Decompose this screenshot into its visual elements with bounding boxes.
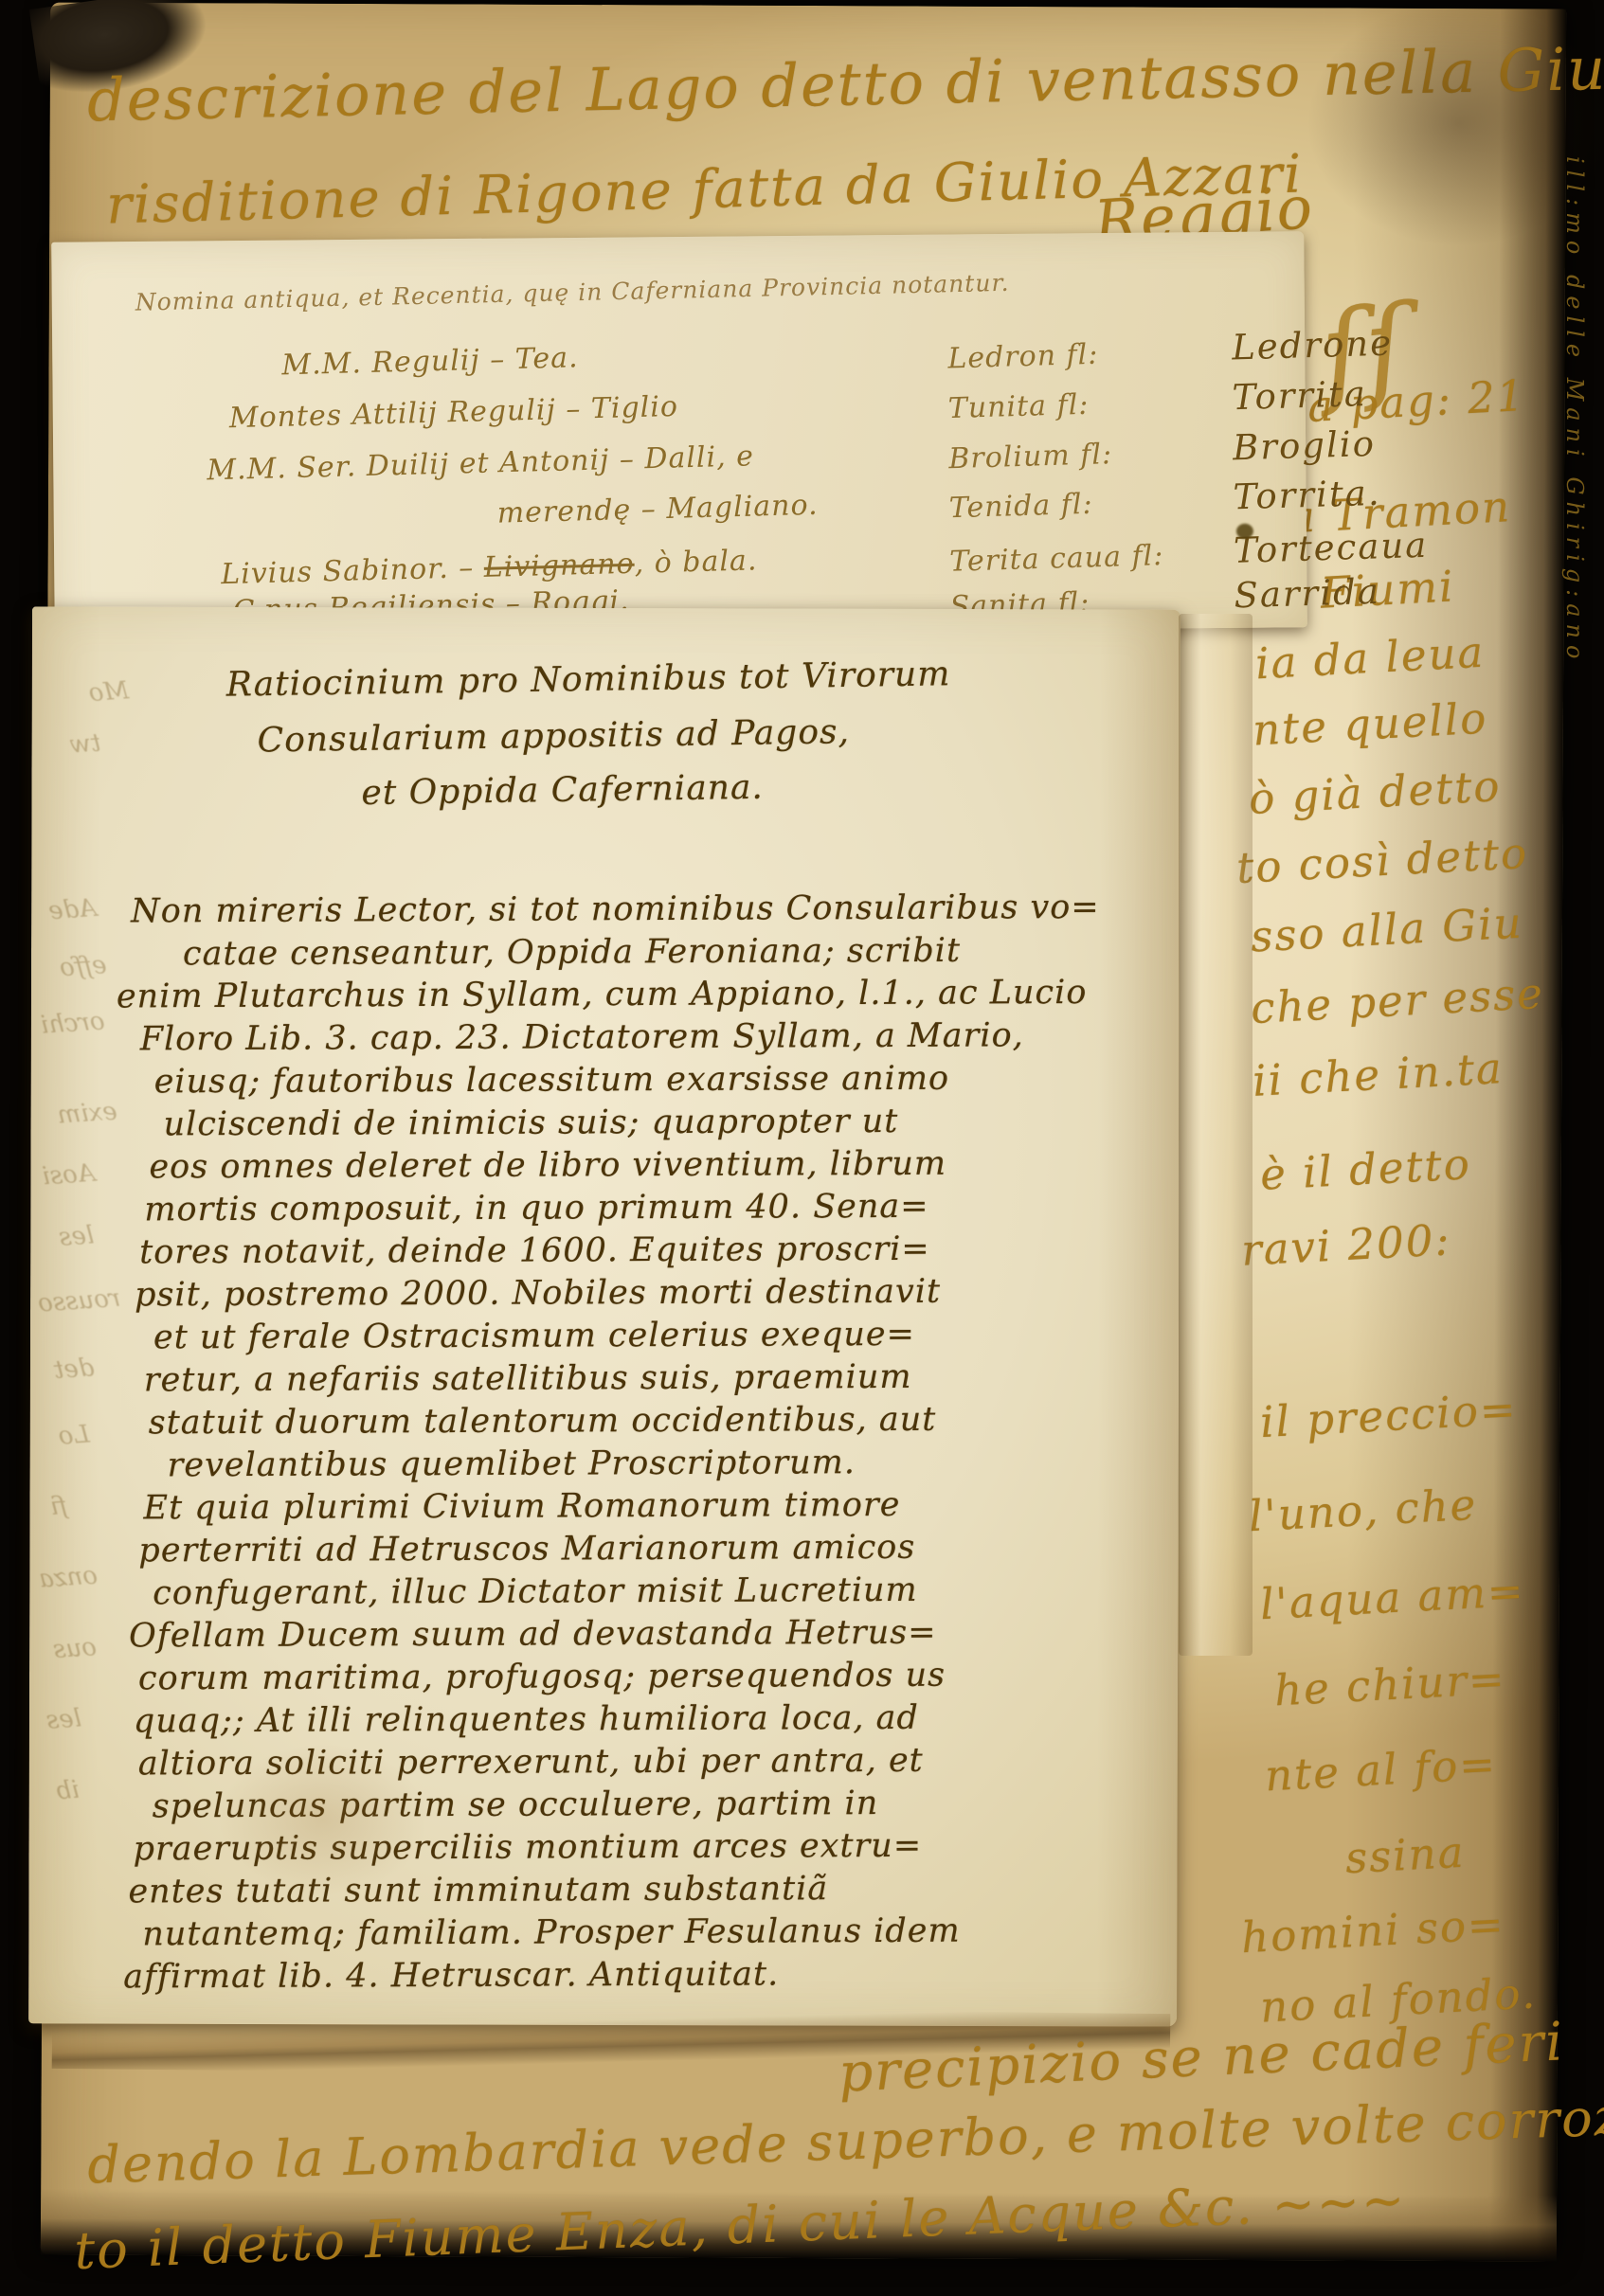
- manuscript-photo: descrizione del Lago detto di ventasso n…: [0, 0, 1604, 2296]
- river-label: Tunita fl:: [947, 384, 1233, 425]
- river-value: Sarrida: [1234, 571, 1381, 617]
- body-line: enim Plutarchus in Syllam, cum Appiano, …: [117, 972, 1144, 1019]
- names-row-pre: Livius Sabinor. –: [221, 551, 484, 591]
- body-line: Non mireris Lector, si tot nominibus Con…: [131, 887, 1144, 934]
- river-value: Torrita: [1232, 373, 1367, 418]
- body-line: psit, postremo 2000. Nobiles morti desti…: [135, 1270, 1144, 1318]
- river-value: Tortecaua: [1233, 525, 1428, 571]
- paper-fold-strip: [1179, 614, 1253, 1656]
- river-label: Terita caua fl:: [949, 537, 1235, 579]
- body-line: eiusq; fautoribus lacessitum exarsisse a…: [154, 1057, 1144, 1104]
- river-label: Ledron fl:: [947, 334, 1233, 376]
- body-line: confugerant, illuc Dictator misit Lucret…: [153, 1569, 1143, 1616]
- body-line: tores notavit, deinde 1600. Equites pros…: [139, 1228, 1144, 1275]
- body-line: Floro Lib. 3. cap. 23. Dictatorem Syllam…: [140, 1014, 1144, 1062]
- bleedthrough-fragment: orchi: [40, 1007, 106, 1039]
- bleedthrough-fragment: effo: [59, 951, 107, 982]
- body-text: Non mireris Lector, si tot nominibus Con…: [128, 888, 1144, 1999]
- body-line: catae censeantur, Oppida Feroniana; scri…: [183, 929, 1144, 976]
- body-line: retur, a nefariis satellitibus suis, pra…: [144, 1355, 1144, 1403]
- body-line: altiora soliciti perrexerunt, ubi per an…: [138, 1739, 1143, 1786]
- names-row: merendę – Magliano.: [496, 489, 819, 530]
- river-row: Tunita fl:Torrita: [947, 373, 1367, 426]
- ratio-heading-line: Ratiocinium pro Nominibus tot Virorum: [225, 655, 950, 704]
- bleedthrough-fragment: ib: [55, 1776, 81, 1806]
- bleedthrough-fragment: Lo: [58, 1420, 91, 1450]
- bleedthrough-fragment: rousso: [37, 1284, 121, 1318]
- body-line: eos omnes deleret de libro viventium, li…: [149, 1142, 1144, 1190]
- body-line: affirmat lib. 4. Hetruscar. Antiquitat.: [123, 1952, 1142, 2000]
- ratio-heading-line: Consularium appositis ad Pagos,: [257, 712, 850, 760]
- river-value: Ledrone: [1232, 323, 1394, 368]
- body-line: ulciscendi de inimicis suis; quapropter …: [163, 1100, 1144, 1147]
- names-slip-header: Nomina antiqua, et Recentia, quę in Cafe…: [135, 265, 1177, 316]
- bleedthrough-fragment: les: [58, 1221, 95, 1251]
- ink-blot: [1236, 524, 1253, 539]
- bleedthrough-fragment: tw: [69, 728, 102, 759]
- river-value: Broglio: [1232, 423, 1376, 468]
- bleedthrough-fragment: Aosi: [41, 1159, 96, 1192]
- body-line: Ofellam Ducem suum ad devastanda Hetrus=: [129, 1611, 1143, 1659]
- names-row: M.M. Regulij – Tea.: [281, 341, 579, 382]
- body-line: statuit duorum talentorum occidentibus, …: [149, 1398, 1144, 1445]
- names-row-post: , ò bala.: [634, 544, 758, 580]
- struck-text: Livignano: [483, 547, 635, 584]
- right-margin-fragment: ssina: [1344, 1827, 1467, 1884]
- body-line: praeruptis superciliis montium arces ext…: [133, 1824, 1142, 1872]
- river-label: Tenida fl:: [948, 483, 1234, 525]
- ratio-slip: Ratiocinium pro Nominibus tot Virorum Co…: [28, 606, 1180, 2026]
- river-value: Torrita.: [1233, 473, 1381, 518]
- body-line: corum maritima, profugosq; persequendos …: [138, 1654, 1143, 1701]
- ratio-heading-line: et Oppida Caferniana.: [361, 768, 764, 813]
- names-slip: Nomina antiqua, et Recentia, quę in Cafe…: [51, 231, 1307, 638]
- body-line: entes tutati sunt imminutam substantiã: [128, 1867, 1142, 1914]
- bleedthrough-fragment: exim: [57, 1097, 118, 1129]
- body-line: revelantibus quemlibet Proscriptorum.: [167, 1441, 1143, 1487]
- river-label: Brolium fl:: [948, 434, 1234, 475]
- body-line: nutantemq; familiam. Prosper Fesulanus i…: [142, 1910, 1142, 1957]
- body-line: et ut ferale Ostracismum celerius exeque…: [153, 1313, 1144, 1360]
- body-line: quaq;; At illi relinquentes humiliora lo…: [134, 1696, 1143, 1744]
- bleedthrough-fragment: Ade: [47, 894, 98, 925]
- bleedthrough-fragment: les: [45, 1704, 82, 1734]
- bleedthrough-fragment: Mo: [88, 676, 130, 708]
- body-line: perterriti ad Hetruscos Marianorum amico…: [138, 1526, 1143, 1573]
- bleedthrough-fragment: fi: [49, 1492, 67, 1521]
- bleedthrough-fragment: ous: [52, 1633, 98, 1664]
- vertical-annotation: ill:mo delle Mani Ghirig:ano: [1561, 156, 1588, 665]
- names-row-struck: Livius Sabinor. – Livignano, ò bala.: [221, 544, 758, 591]
- body-line: mortis composuit, in quo primum 40. Sena…: [144, 1185, 1144, 1232]
- body-line: Et quia plurimi Civium Romanorum timore: [143, 1483, 1143, 1531]
- names-row: Montes Attilij Regulij – Tiglio: [228, 390, 678, 435]
- names-row: M.M. Ser. Duilij et Antonij – Dalli, e: [207, 439, 754, 487]
- bleedthrough-fragment: onza: [38, 1561, 98, 1593]
- body-line: speluncas partim se occuluere, partim in: [153, 1782, 1143, 1829]
- bleedthrough-fragment: det: [53, 1354, 95, 1385]
